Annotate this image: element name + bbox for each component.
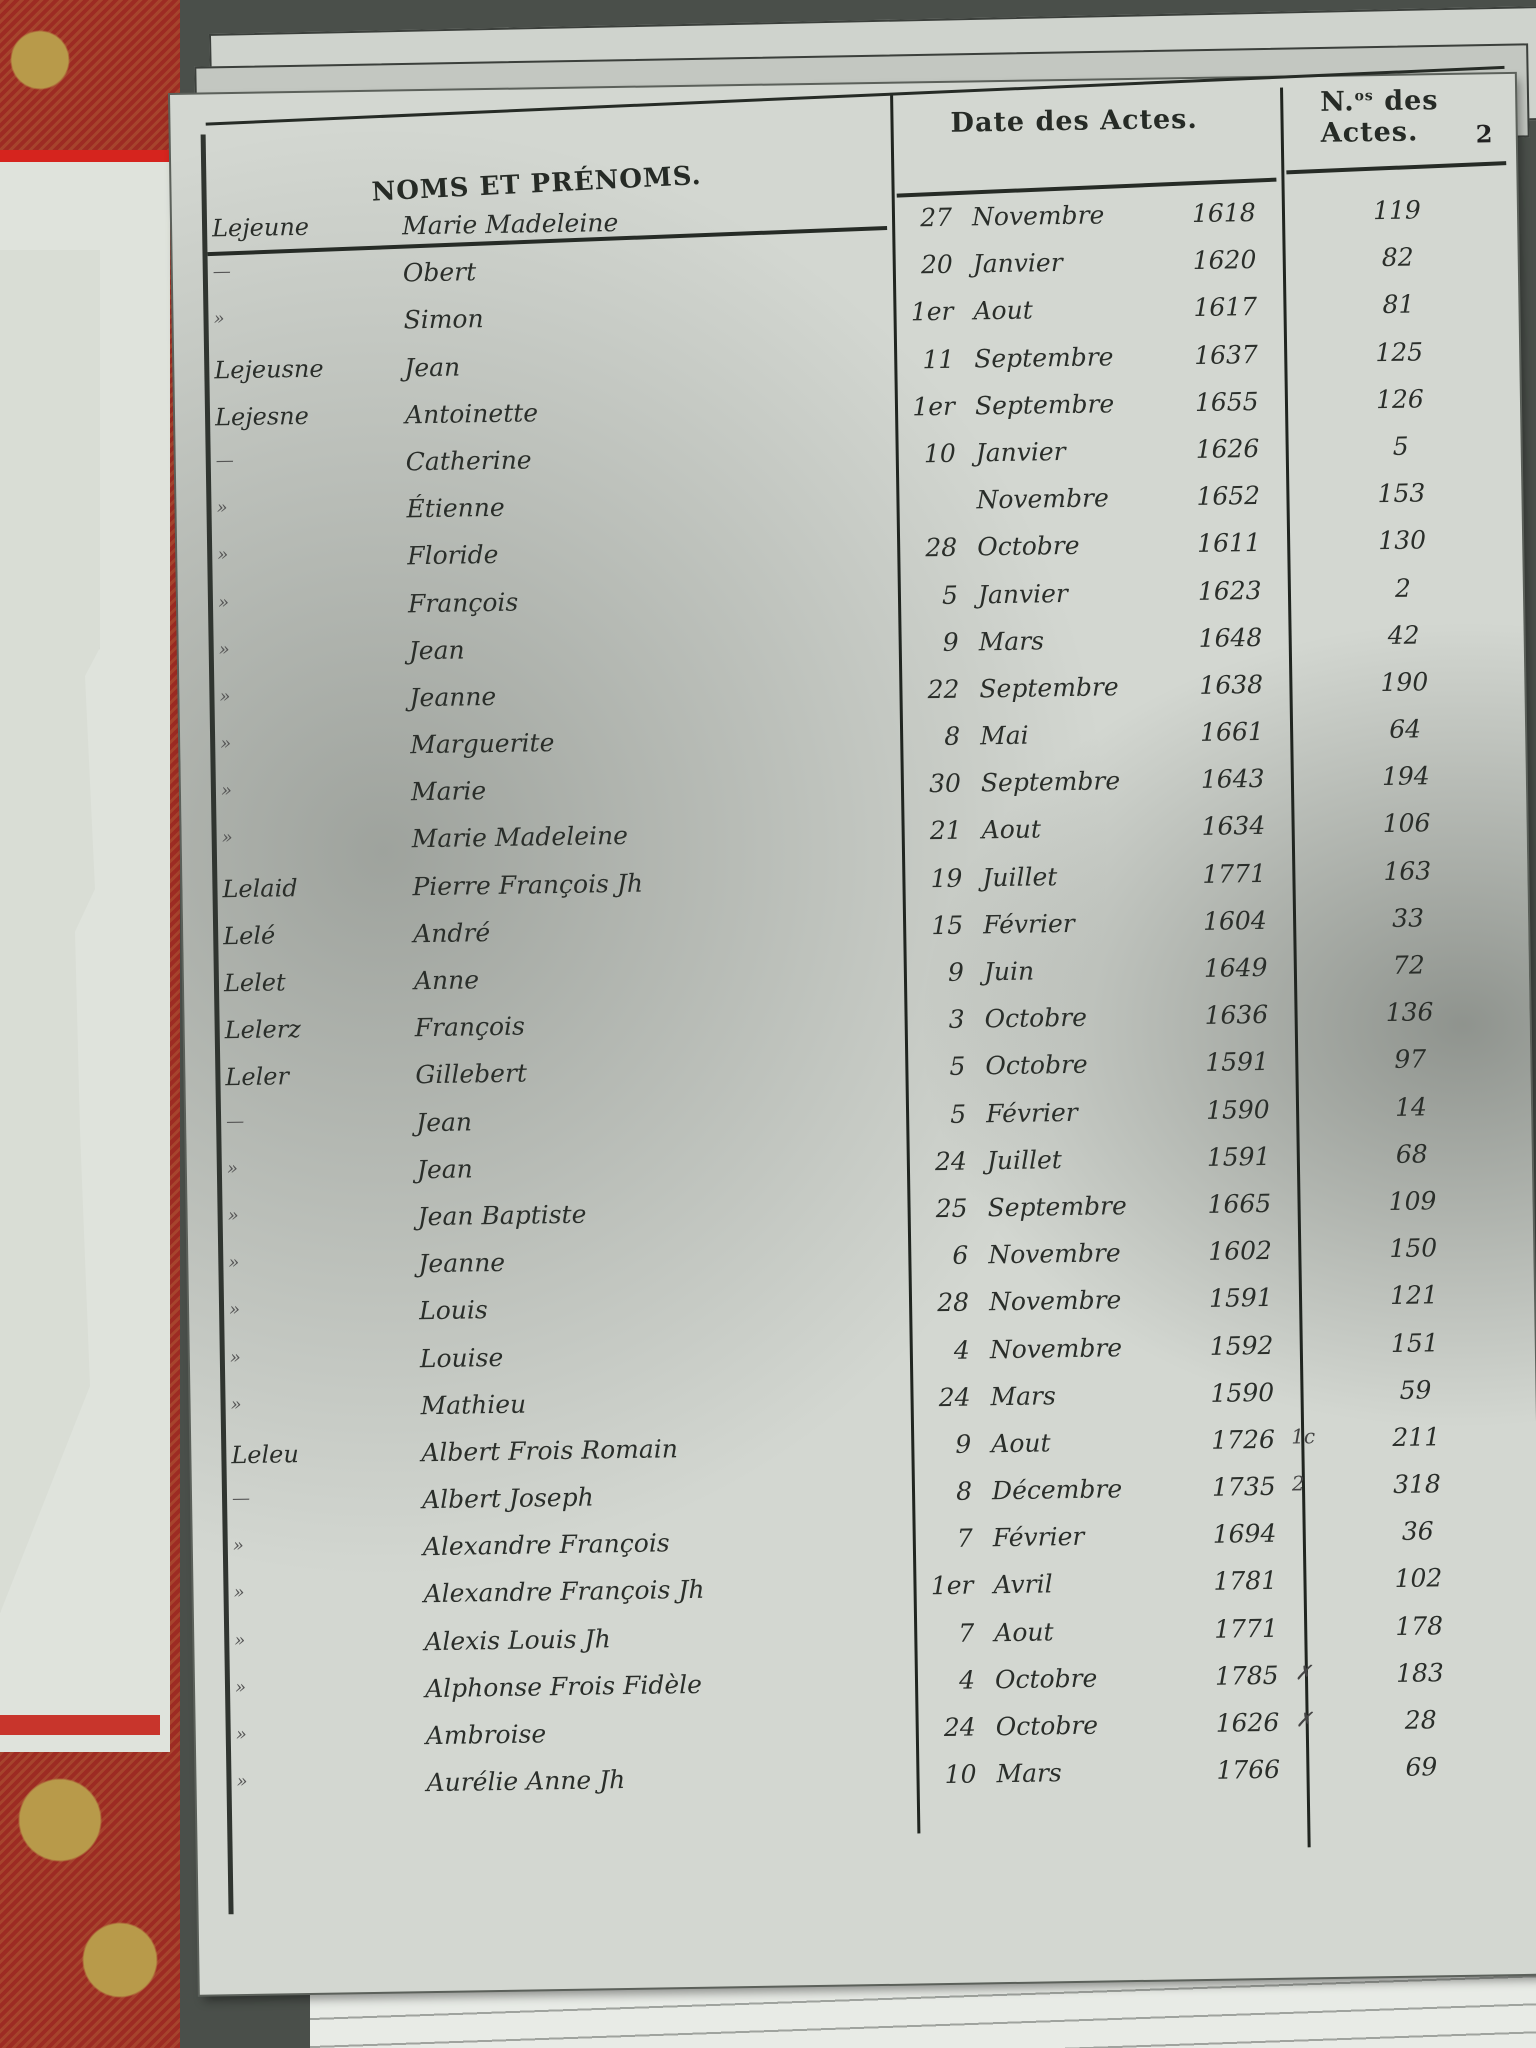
surname: » [219, 637, 369, 660]
act-day: 8 [922, 1477, 972, 1507]
surname: » [236, 1722, 386, 1745]
act-number: 318 [1372, 1469, 1462, 1499]
act-month: Mars [990, 1381, 1056, 1411]
act-number: 2 [1358, 572, 1448, 602]
given-names: Marguerite [410, 728, 555, 759]
act-year: 1602 [1208, 1236, 1272, 1266]
surname: » [227, 1156, 377, 1179]
act-month: Aout [981, 815, 1041, 845]
act-day: 30 [911, 769, 961, 799]
given-names: André [413, 918, 490, 948]
act-day: 4 [920, 1335, 970, 1365]
act-number: 151 [1370, 1327, 1460, 1357]
surname: » [235, 1675, 385, 1698]
register-entries: Lejeune Marie Madeleine 27 Novembre 1618… [212, 184, 1527, 1808]
surname: » [230, 1344, 380, 1367]
act-day: 3 [914, 1005, 964, 1035]
act-month: Janvier [973, 248, 1063, 278]
act-month: Juin [984, 957, 1035, 987]
act-day: 28 [907, 533, 957, 563]
act-day: 20 [903, 250, 953, 280]
act-year: 1626 [1215, 1708, 1279, 1738]
act-number: 33 [1363, 903, 1453, 933]
act-year: 1735 [1212, 1472, 1276, 1502]
given-names: Jean [416, 1107, 472, 1137]
given-names: Marie Madeleine [402, 208, 619, 240]
act-month: Octobre [984, 1003, 1087, 1034]
surname: » [233, 1580, 383, 1603]
act-month: Juillet [987, 1145, 1062, 1175]
given-names: Marie Madeleine [411, 821, 628, 853]
act-number: 190 [1359, 667, 1449, 697]
act-number: 5 [1355, 431, 1445, 461]
surname: Lelerz [224, 1014, 374, 1044]
act-month: Avril [993, 1570, 1053, 1600]
given-names: Jean [417, 1154, 473, 1184]
surname: Lelet [224, 967, 374, 997]
act-number: 82 [1352, 242, 1442, 272]
act-month: Novembre [989, 1286, 1122, 1317]
act-year: 1604 [1203, 906, 1267, 936]
act-year: 1781 [1213, 1566, 1277, 1596]
given-names: François [414, 1012, 525, 1043]
act-day: 4 [925, 1665, 975, 1695]
given-names: Alphonse Frois Fidèle [425, 1670, 702, 1703]
given-names: Jeanne [409, 682, 496, 712]
act-day: 1er [903, 297, 953, 327]
given-names: Anne [414, 965, 480, 995]
act-day: 8 [910, 722, 960, 752]
act-day: 10 [926, 1760, 976, 1790]
header-date: Date des Actes. [950, 104, 1198, 139]
surname: » [229, 1297, 379, 1320]
act-number: 130 [1357, 525, 1447, 555]
act-year: 1771 [1202, 859, 1266, 889]
surname: » [218, 589, 368, 612]
act-day: 9 [914, 958, 964, 988]
act-day: 15 [913, 910, 963, 940]
act-day: 25 [917, 1194, 967, 1224]
act-year: 1649 [1204, 953, 1268, 983]
act-number: 136 [1364, 997, 1454, 1027]
given-names: Alexandre François [423, 1529, 670, 1562]
act-number: 153 [1356, 478, 1446, 508]
act-day: 19 [912, 863, 962, 893]
act-number: 28 [1375, 1705, 1465, 1735]
given-names: Jean [409, 635, 465, 665]
surname: — [226, 1108, 376, 1131]
act-day: 24 [920, 1382, 970, 1412]
header-rule [1286, 161, 1506, 174]
surname: Leler [225, 1061, 375, 1091]
act-month: Septembre [979, 672, 1119, 703]
act-number: 163 [1362, 856, 1452, 886]
margin-mark: 1c [1291, 1424, 1315, 1448]
act-day: 9 [908, 627, 958, 657]
act-day: 10 [906, 439, 956, 469]
act-year: 1694 [1213, 1519, 1277, 1549]
given-names: Jean Baptiste [417, 1200, 586, 1232]
act-year: 1661 [1200, 717, 1264, 747]
surname: » [216, 495, 366, 518]
margin-mark: ✗ [1295, 1707, 1312, 1731]
given-names: Obert [403, 257, 477, 287]
act-month: Novembre [972, 200, 1105, 231]
act-year: 1590 [1210, 1378, 1274, 1408]
act-number: 64 [1360, 714, 1450, 744]
act-month: Mai [980, 721, 1029, 751]
act-number: 106 [1361, 808, 1451, 838]
act-month: Mars [978, 626, 1044, 656]
act-year: 1611 [1197, 528, 1261, 558]
surname: » [221, 778, 371, 801]
red-binder-edge [0, 1715, 160, 1735]
act-year: 1626 [1195, 434, 1259, 464]
surname: Leleu [231, 1439, 381, 1469]
given-names: Albert Joseph [422, 1483, 594, 1515]
act-number: 194 [1361, 761, 1451, 791]
act-year: 1637 [1194, 340, 1258, 370]
margin-mark: 2 [1292, 1471, 1305, 1495]
given-names: Jeanne [418, 1248, 505, 1278]
act-month: Septembre [987, 1191, 1127, 1222]
act-number: 150 [1368, 1233, 1458, 1263]
act-year: 1592 [1210, 1330, 1274, 1360]
given-names: Pierre François Jh [412, 868, 643, 901]
given-names: Mathieu [420, 1389, 526, 1420]
act-month: Aout [973, 296, 1033, 326]
surname: » [230, 1392, 380, 1415]
given-names: Floride [407, 540, 499, 570]
act-month: Février [993, 1522, 1085, 1552]
act-day: 1er [923, 1571, 973, 1601]
act-year: 1655 [1195, 387, 1259, 417]
act-month: Octobre [995, 1663, 1098, 1694]
given-names: Jean [404, 352, 460, 382]
surname: » [236, 1769, 386, 1792]
act-month: Novembre [990, 1333, 1123, 1364]
act-month: Décembre [992, 1474, 1123, 1505]
given-names: Ambroise [426, 1719, 547, 1750]
act-day: 5 [908, 580, 958, 610]
act-day [906, 486, 956, 487]
act-number: 119 [1352, 195, 1442, 225]
act-year: 1620 [1193, 245, 1257, 275]
act-number: 36 [1372, 1516, 1462, 1546]
given-names: Aurélie Anne Jh [426, 1765, 625, 1797]
register-page: NOMS ET PRÉNOMS. Date des Actes. N.os de… [170, 74, 1536, 1995]
act-year: 1771 [1214, 1613, 1278, 1643]
act-day: 27 [902, 203, 952, 233]
given-names: Catherine [406, 445, 532, 476]
act-month: Septembre [974, 342, 1114, 373]
act-day: 11 [904, 344, 954, 374]
surname: — [216, 448, 366, 471]
given-names: Albert Frois Romain [421, 1434, 678, 1467]
act-year: 1726 [1211, 1425, 1275, 1455]
act-month: Septembre [975, 389, 1115, 420]
act-year: 1636 [1204, 1000, 1268, 1030]
act-day: 7 [923, 1524, 973, 1554]
act-year: 1618 [1192, 198, 1256, 228]
act-number: 178 [1374, 1610, 1464, 1640]
act-month: Janvier [975, 437, 1065, 467]
surname: — [232, 1486, 382, 1509]
given-names: Étienne [406, 493, 505, 524]
act-month: Aout [991, 1428, 1051, 1458]
act-number: 109 [1367, 1186, 1457, 1216]
surname: » [217, 542, 367, 565]
surname: » [219, 684, 369, 707]
surname: » [234, 1627, 384, 1650]
act-year: 1623 [1198, 575, 1262, 605]
act-month: Juillet [982, 862, 1057, 892]
page-number: 2 [1476, 119, 1493, 148]
act-number: 69 [1376, 1752, 1466, 1782]
surname: Lelaid [222, 873, 372, 903]
act-number: 72 [1364, 950, 1454, 980]
given-names: François [408, 587, 519, 618]
act-month: Novembre [988, 1238, 1121, 1269]
act-number: 81 [1353, 289, 1443, 319]
surname: Lejesne [215, 401, 365, 431]
act-year: 1648 [1198, 623, 1262, 653]
act-year: 1590 [1206, 1094, 1270, 1124]
act-month: Février [983, 909, 1075, 939]
surname: — [213, 259, 363, 282]
surname: » [227, 1203, 377, 1226]
act-year: 1591 [1205, 1047, 1269, 1077]
surname: Lejeusne [214, 354, 364, 384]
act-number: 183 [1375, 1658, 1465, 1688]
act-day: 9 [921, 1429, 971, 1459]
act-number: 121 [1369, 1280, 1459, 1310]
act-month: Aout [994, 1617, 1054, 1647]
act-number: 97 [1365, 1044, 1455, 1074]
act-day: 5 [916, 1099, 966, 1129]
act-year: 1638 [1199, 670, 1263, 700]
act-month: Octobre [985, 1050, 1088, 1081]
given-names: Alexis Louis Jh [424, 1624, 611, 1656]
act-year: 1652 [1196, 481, 1260, 511]
act-month: Septembre [981, 766, 1121, 797]
act-year: 1591 [1209, 1283, 1273, 1313]
surname: » [228, 1250, 378, 1273]
given-names: Marie [411, 776, 487, 806]
surname: Lelé [223, 920, 373, 950]
act-month: Janvier [978, 578, 1068, 608]
margin-mark: ✗ [1295, 1660, 1312, 1684]
given-names: Antoinette [405, 398, 538, 429]
surname: » [222, 825, 372, 848]
act-number: 211 [1371, 1422, 1461, 1452]
given-names: Louis [419, 1295, 488, 1325]
surname: » [220, 731, 370, 754]
act-month: Novembre [976, 483, 1109, 514]
act-number: 126 [1355, 384, 1445, 414]
act-day: 22 [909, 675, 959, 705]
act-number: 14 [1366, 1091, 1456, 1121]
given-names: Simon [403, 304, 483, 334]
surname: Lejeune [212, 212, 362, 242]
act-day: 28 [919, 1288, 969, 1318]
act-month: Mars [996, 1758, 1062, 1788]
surname: » [233, 1533, 383, 1556]
act-month: Février [986, 1097, 1078, 1127]
act-day: 7 [924, 1618, 974, 1648]
act-day: 1er [905, 391, 955, 421]
surname: » [213, 306, 363, 329]
act-day: 21 [911, 816, 961, 846]
act-month: Octobre [996, 1711, 1099, 1742]
act-year: 1591 [1207, 1142, 1271, 1172]
act-year: 1617 [1193, 292, 1257, 322]
act-year: 1785 [1215, 1661, 1279, 1691]
given-names: Gillebert [415, 1059, 527, 1090]
act-year: 1643 [1201, 764, 1265, 794]
act-year: 1665 [1207, 1189, 1271, 1219]
act-number: 59 [1370, 1375, 1460, 1405]
act-day: 24 [917, 1146, 967, 1176]
act-number: 102 [1373, 1563, 1463, 1593]
given-names: Alexandre François Jh [423, 1575, 704, 1608]
act-month: Octobre [977, 531, 1080, 562]
given-names: Louise [420, 1342, 504, 1372]
act-day: 5 [915, 1052, 965, 1082]
act-number: 125 [1354, 337, 1444, 367]
act-number: 42 [1358, 620, 1448, 650]
act-number: 68 [1367, 1139, 1457, 1169]
act-day: 6 [918, 1241, 968, 1271]
act-year: 1766 [1216, 1755, 1280, 1785]
act-day: 24 [926, 1713, 976, 1743]
act-year: 1634 [1201, 811, 1265, 841]
